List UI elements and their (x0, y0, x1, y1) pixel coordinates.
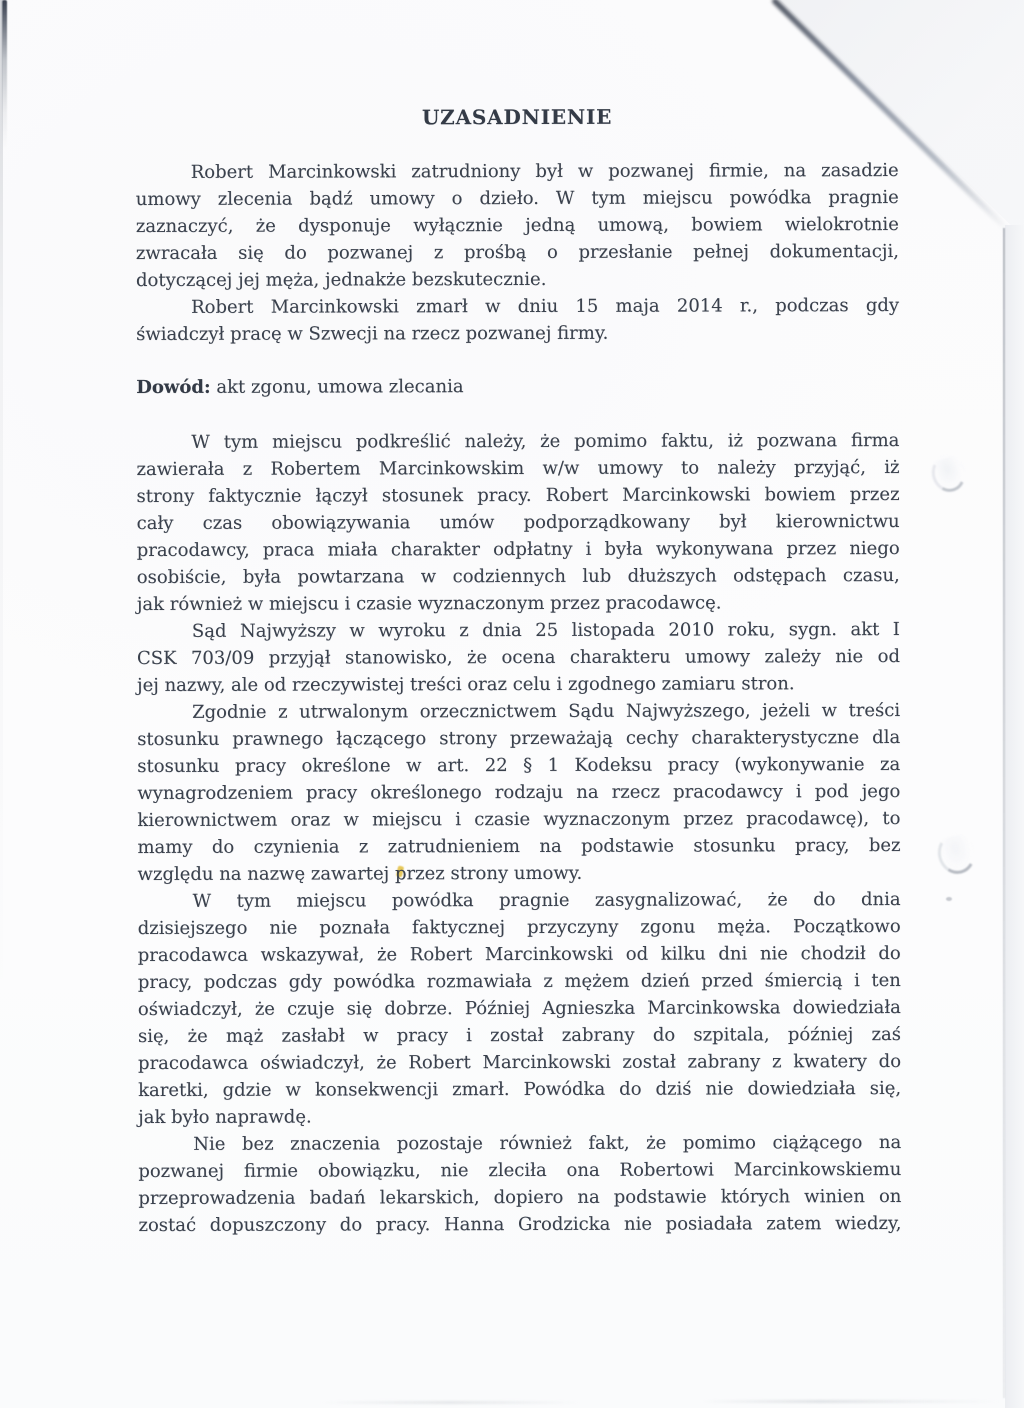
evidence-paragraph: Dowód: akt zgonu, umowa zlecania (136, 372, 899, 401)
text-line: jak było naprawdę. (138, 1102, 901, 1131)
text-line: pracodawca wskazywał, że Robert Marcinko… (138, 940, 901, 969)
text-line: względu na nazwę zawartej przez strony u… (137, 859, 900, 888)
hole-punch-mark (934, 829, 980, 878)
text-line: cały czas obowiązywania umów podporządko… (137, 508, 900, 537)
scan-left-edge-faint (0, 0, 3, 1100)
evidence-label: Dowód: (136, 377, 210, 398)
text-line: stosunku prawnego łączącego strony przew… (137, 724, 900, 753)
text-line: Zgodnie z utrwalonym orzecznictwem Sądu … (137, 697, 900, 726)
text-line: osobiście, była powtarzana w codziennych… (137, 562, 900, 591)
text-line: dzisiejszego nie poznała faktycznej przy… (138, 913, 901, 942)
text-line: mamy do czynienia z zatrudnieniem na pod… (137, 832, 900, 861)
scanned-page: UZASADNIENIE Robert Marcinkowski zatrudn… (0, 0, 1024, 1408)
text-line: Sąd Najwyższy w wyroku z dnia 25 listopa… (137, 616, 900, 645)
scan-bottom-smudge (320, 1401, 580, 1404)
text-line: strony faktycznie łączył stosunek pracy.… (137, 481, 900, 510)
document-content: UZASADNIENIE Robert Marcinkowski zatrudn… (136, 101, 902, 1239)
text-line: zwracała się do pozwanej z prośbą o prze… (136, 238, 899, 267)
document-title: UZASADNIENIE (136, 101, 899, 133)
text-line: karetki, gdzie w konsekwencji zmarł. Pow… (138, 1075, 901, 1104)
text-line: Nie bez znaczenia pozostaje również fakt… (138, 1129, 901, 1158)
paragraph: W tym miejscu powódka pragnie zasygnaliz… (138, 886, 902, 1131)
text-line: Robert Marcinkowski zatrudniony był w po… (136, 157, 899, 186)
paragraph: Robert Marcinkowski zmarł w dniu 15 maja… (136, 292, 899, 348)
text-line: CSK 703/09 przyjął stanowisko, że ocena … (137, 643, 900, 672)
text-line: zawierała z Robertem Marcinkowskim w/w u… (136, 454, 899, 483)
text-line: Robert Marcinkowski zmarł w dniu 15 maja… (136, 292, 899, 321)
paragraph: Sąd Najwyższy w wyroku z dnia 25 listopa… (137, 616, 900, 699)
text-line: Dowód: akt zgonu, umowa zlecania (136, 372, 899, 401)
text-line: jak również w miejscu i czasie wyznaczon… (137, 589, 900, 618)
text-line: oświadczył, że czuje się dobrze. Później… (138, 994, 901, 1023)
paragraph: Zgodnie z utrwalonym orzecznictwem Sądu … (137, 697, 900, 888)
scan-bottom-smudge (700, 1400, 1000, 1403)
text-line: kierownictwem oraz w miejscu i czasie wy… (137, 805, 900, 834)
text-line: W tym miejscu powódka pragnie zasygnaliz… (138, 886, 901, 915)
text-line: zaznaczyć, że dysponuje wyłącznie jedną … (136, 211, 899, 240)
page-right-edge-line (1003, 228, 1005, 1398)
page-right-edge-strip (1005, 225, 1024, 1408)
text-line: zostać dopuszczony do pracy. Hanna Grodz… (138, 1210, 901, 1239)
text-line: W tym miejscu podkreślić należy, że pomi… (136, 427, 899, 456)
paragraph: Robert Marcinkowski zatrudniony był w po… (136, 157, 899, 294)
text-line: stosunku pracy określone w art. 22 § 1 K… (137, 751, 900, 780)
text-line: pracodawcy, praca miała charakter odpłat… (137, 535, 900, 564)
text-line: jej nazwy, ale od rzeczywistej treści or… (137, 670, 900, 699)
paper-speck (946, 897, 952, 901)
text-line: się, że mąż zasłabł w pracy i został zab… (138, 1021, 901, 1050)
text-line: pozwanej firmie obowiązku, nie zleciła o… (138, 1156, 901, 1185)
text-line: świadczył pracę w Szwecji na rzecz pozwa… (136, 319, 899, 348)
hole-punch-mark (927, 451, 970, 496)
paragraph: W tym miejscu podkreślić należy, że pomi… (136, 427, 899, 618)
text-line: dotyczącej jej męża, jednakże bezskutecz… (136, 265, 899, 294)
text-line: pracodawca oświadczył, że Robert Marcink… (138, 1048, 901, 1077)
text-line: przeprowadzenia badań lekarskich, dopier… (138, 1183, 901, 1212)
document-paragraphs: Robert Marcinkowski zatrudniony był w po… (136, 157, 902, 1239)
paragraph: Nie bez znaczenia pozostaje również fakt… (138, 1129, 901, 1239)
text-line: wynagrodzeniem pracy określonego rodzaju… (137, 778, 900, 807)
text-line: pracy, podczas gdy powódka rozmawiała z … (138, 967, 901, 996)
text-line: umowy zlecenia bądź umowy o dzieło. W ty… (136, 184, 899, 213)
